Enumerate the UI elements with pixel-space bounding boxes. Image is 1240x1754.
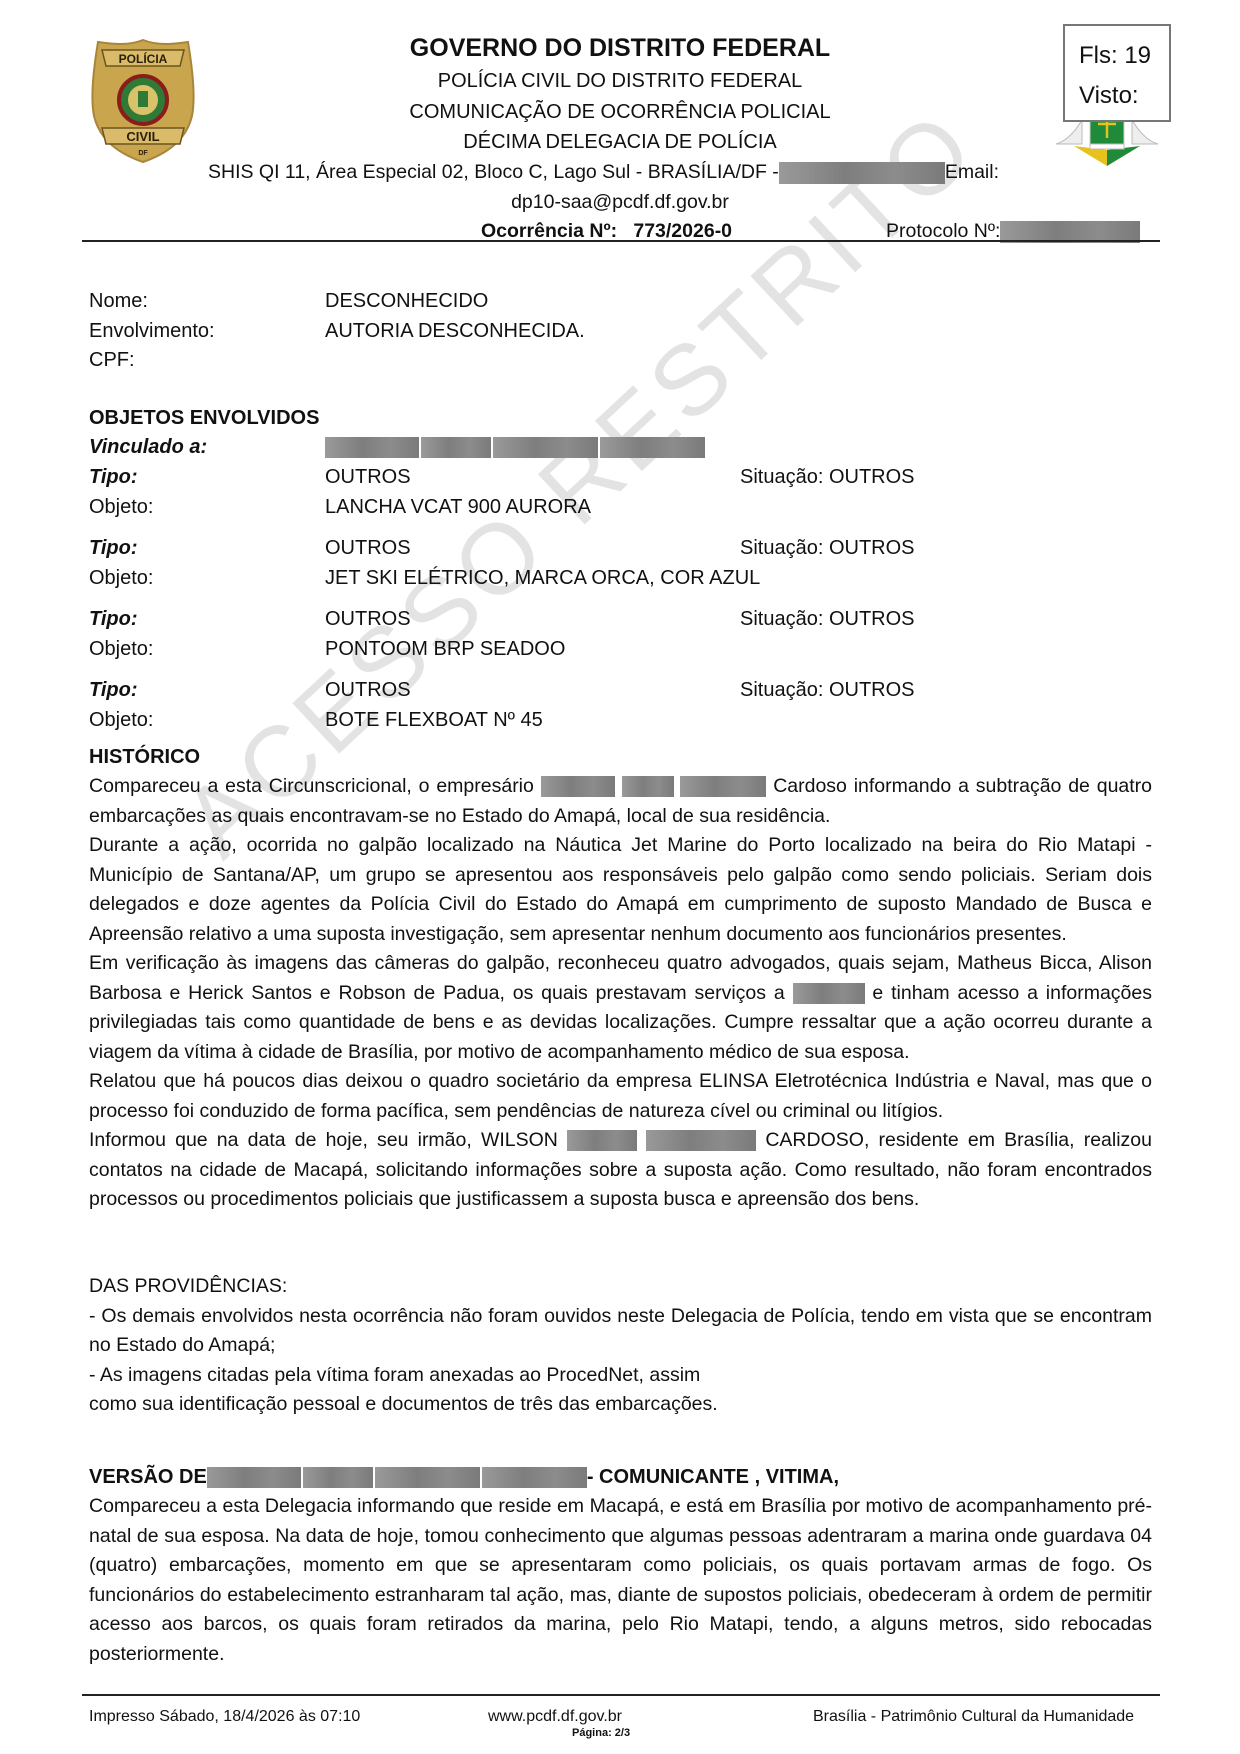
providencias-item-1: - Os demais envolvidos nesta ocorrência … [89, 1302, 1152, 1361]
historico-paragraph-3: Em verificação às imagens das câmeras do… [89, 949, 1152, 1067]
footer-printed-date: Impresso Sábado, 18/4/2026 às 07:10 [89, 1708, 360, 1726]
footer-website: www.pcdf.df.gov.br [488, 1708, 622, 1726]
folio-stamp-box: Fls: 19 Visto: [1063, 24, 1171, 122]
object-label: Objeto: [89, 638, 153, 661]
email-label: Email: [945, 161, 999, 183]
redacted-linked-name [325, 437, 705, 458]
versao-body: Compareceu a esta Delegacia informando q… [89, 1492, 1152, 1669]
svg-text:POLÍCIA: POLÍCIA [119, 51, 168, 66]
footer-divider [82, 1694, 1160, 1696]
header-divider [82, 240, 1160, 242]
versao-text: Compareceu a esta Delegacia informando q… [89, 1492, 1152, 1669]
object-status: Situação: OUTROS [740, 466, 915, 489]
historico-body: Compareceu a esta Circunscricional, o em… [89, 772, 1152, 1215]
footer-motto: Brasília - Patrimônio Cultural da Humani… [813, 1708, 1134, 1726]
redacted-phone [779, 162, 945, 184]
object-type-label: Tipo: [89, 537, 138, 560]
objects-section-title: OBJETOS ENVOLVIDOS [89, 407, 319, 430]
object-label: Objeto: [89, 709, 153, 732]
object-type-value: OUTROS [325, 466, 411, 489]
involvement-value: AUTORIA DESCONHECIDA. [325, 320, 585, 343]
historico-paragraph-1: Compareceu a esta Circunscricional, o em… [89, 772, 1152, 831]
document-type: COMUNICAÇÃO DE OCORRÊNCIA POLICIAL [200, 101, 1040, 124]
object-type-label: Tipo: [89, 679, 138, 702]
historico-paragraph-4: Relatou que há poucos dias deixou o quad… [89, 1067, 1152, 1126]
providencias-item-2a: - As imagens citadas pela vítima foram a… [89, 1361, 1152, 1391]
historico-title: HISTÓRICO [89, 746, 200, 769]
object-description: JET SKI ELÉTRICO, MARCA ORCA, COR AZUL [325, 567, 760, 590]
object-description: LANCHA VCAT 900 AURORA [325, 496, 591, 519]
historico-paragraph-2: Durante a ação, ocorrida no galpão local… [89, 831, 1152, 949]
email-address: dp10-saa@pcdf.df.gov.br [200, 191, 1040, 214]
address-line: SHIS QI 11, Área Especial 02, Bloco C, L… [208, 161, 999, 184]
svg-text:DF: DF [138, 150, 148, 157]
linked-label: Vinculado a: [89, 436, 207, 459]
providencias-item-2b: como sua identificação pessoal e documen… [89, 1390, 1152, 1420]
involvement-label: Envolvimento: [89, 320, 215, 343]
providencias-title: DAS PROVIDÊNCIAS: [89, 1272, 1152, 1302]
object-type-value: OUTROS [325, 679, 411, 702]
police-badge-icon: POLÍCIA CIVIL DF [88, 36, 198, 166]
providencias-section: DAS PROVIDÊNCIAS: - Os demais envolvidos… [89, 1272, 1152, 1420]
protocol-label: Protocolo Nº: [886, 220, 1000, 242]
object-label: Objeto: [89, 496, 153, 519]
footer-page-number: Página: 2/3 [572, 1727, 630, 1739]
historico-paragraph-5: Informou que na data de hoje, seu irmão,… [89, 1126, 1152, 1215]
object-status: Situação: OUTROS [740, 537, 915, 560]
folio-number: Fls: 19 [1079, 42, 1151, 70]
government-title: GOVERNO DO DISTRITO FEDERAL [200, 34, 1040, 63]
address-text: SHIS QI 11, Área Especial 02, Bloco C, L… [208, 161, 779, 183]
visto-label: Visto: [1079, 82, 1139, 110]
cpf-label: CPF: [89, 349, 135, 372]
object-status: Situação: OUTROS [740, 679, 915, 702]
object-type-label: Tipo: [89, 608, 138, 631]
svg-text:CIVIL: CIVIL [126, 129, 159, 144]
object-type-value: OUTROS [325, 608, 411, 631]
name-value: DESCONHECIDO [325, 290, 488, 313]
object-type-label: Tipo: [89, 466, 138, 489]
police-badge-logo: POLÍCIA CIVIL DF [88, 36, 198, 166]
object-type-value: OUTROS [325, 537, 411, 560]
object-label: Objeto: [89, 567, 153, 590]
unit-name: DÉCIMA DELEGACIA DE POLÍCIA [200, 131, 1040, 154]
occurrence-value: 773/2026-0 [633, 220, 732, 242]
object-status: Situação: OUTROS [740, 608, 915, 631]
object-description: PONTOOM BRP SEADOO [325, 638, 565, 661]
name-label: Nome: [89, 290, 148, 313]
agency-name: POLÍCIA CIVIL DO DISTRITO FEDERAL [200, 70, 1040, 93]
object-description: BOTE FLEXBOAT Nº 45 [325, 709, 543, 732]
occurrence-label: Ocorrência Nº: [481, 220, 617, 242]
versao-title: VERSÃO DE- COMUNICANTE , VITIMA, [89, 1466, 839, 1489]
